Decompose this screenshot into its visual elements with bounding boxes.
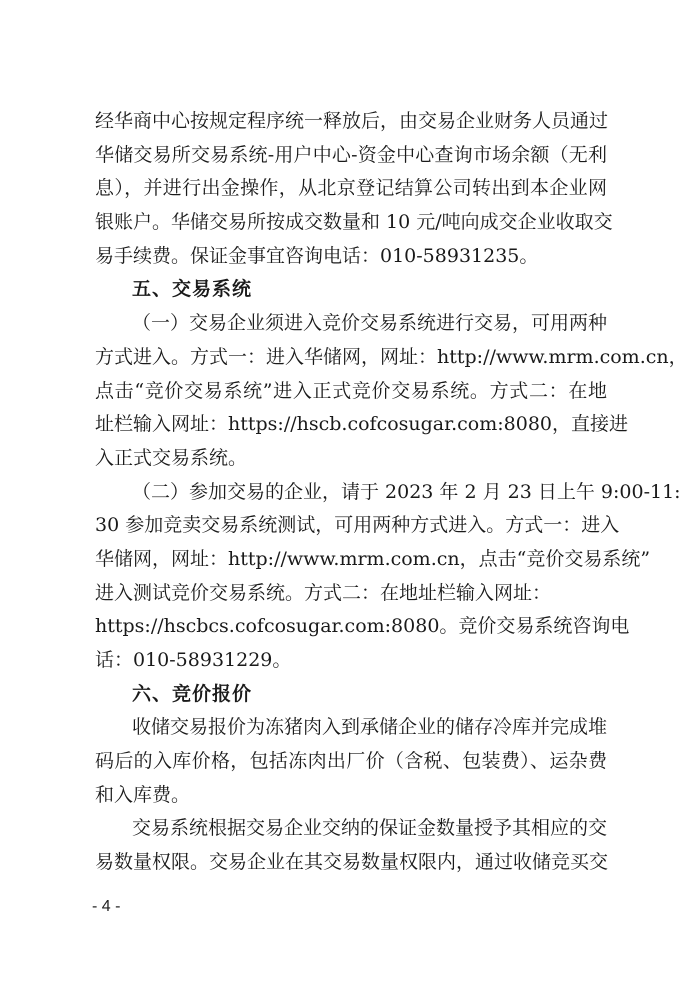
text-line: https://hscbcs.cofcosugar.com:8080。竞价交易系… <box>95 610 607 644</box>
text-line: 点击“竞价交易系统”进入正式竞价交易系统。方式二：在地 <box>95 375 607 409</box>
text-line: 址栏输入网址：https://hscb.cofcosugar.com:8080，… <box>95 408 607 442</box>
text-line: 易数量权限。交易企业在其交易数量权限内，通过收储竞买交 <box>95 846 607 880</box>
text-line: 话：010-58931229。 <box>95 644 607 678</box>
document-body: 经华商中心按规定程序统一释放后，由交易企业财务人员通过 华储交易所交易系统-用户… <box>95 105 607 880</box>
text-line: 经华商中心按规定程序统一释放后，由交易企业财务人员通过 <box>95 105 607 139</box>
paragraph-quotation-definition: 收储交易报价为冻猪肉入到承储企业的储存冷库并完成堆 码后的入库价格，包括冻肉出厂… <box>95 711 607 812</box>
text-line: 码后的入库价格，包括冻肉出厂价（含税、包装费）、运杂费 <box>95 745 607 779</box>
text-line: 交易系统根据交易企业交纳的保证金数量授予其相应的交 <box>95 812 607 846</box>
document-page: 经华商中心按规定程序统一释放后，由交易企业财务人员通过 华储交易所交易系统-用户… <box>0 0 700 989</box>
text-line: 30 参加竞卖交易系统测试，可用两种方式进入。方式一：进入 <box>95 509 607 543</box>
paragraph-test-system-access: （二）参加交易的企业，请于 2023 年 2 月 23 日上午 9:00-11:… <box>95 476 607 678</box>
text-line: 华储网，网址：http://www.mrm.com.cn，点击“竞价交易系统” <box>95 543 607 577</box>
paragraph-formal-system-access: （一）交易企业须进入竞价交易系统进行交易，可用两种 方式进入。方式一：进入华储网… <box>95 307 607 475</box>
text-line: 华储交易所交易系统-用户中心-资金中心查询市场余额（无利 <box>95 139 607 173</box>
text-line: （一）交易企业须进入竞价交易系统进行交易，可用两种 <box>95 307 607 341</box>
section-heading-bid-quotation: 六、竞价报价 <box>95 678 607 712</box>
text-line: 收储交易报价为冻猪肉入到承储企业的储存冷库并完成堆 <box>95 711 607 745</box>
text-line: 银账户。华储交易所按成交数量和 10 元/吨向成交企业收取交 <box>95 206 607 240</box>
section-heading-trading-system: 五、交易系统 <box>95 273 607 307</box>
text-line: 和入库费。 <box>95 779 607 813</box>
text-line: （二）参加交易的企业，请于 2023 年 2 月 23 日上午 9:00-11: <box>95 476 607 510</box>
text-line: 易手续费。保证金事宜咨询电话：010-58931235。 <box>95 240 607 274</box>
paragraph-quantity-permission: 交易系统根据交易企业交纳的保证金数量授予其相应的交 易数量权限。交易企业在其交易… <box>95 812 607 879</box>
text-line: 入正式交易系统。 <box>95 442 607 476</box>
text-line: 进入测试竞价交易系统。方式二：在地址栏输入网址： <box>95 577 607 611</box>
text-line: 方式进入。方式一：进入华储网，网址：http://www.mrm.com.cn， <box>95 341 607 375</box>
page-number: - 4 - <box>92 898 120 916</box>
paragraph-deposit-release: 经华商中心按规定程序统一释放后，由交易企业财务人员通过 华储交易所交易系统-用户… <box>95 105 607 273</box>
text-line: 息），并进行出金操作，从北京登记结算公司转出到本企业网 <box>95 172 607 206</box>
